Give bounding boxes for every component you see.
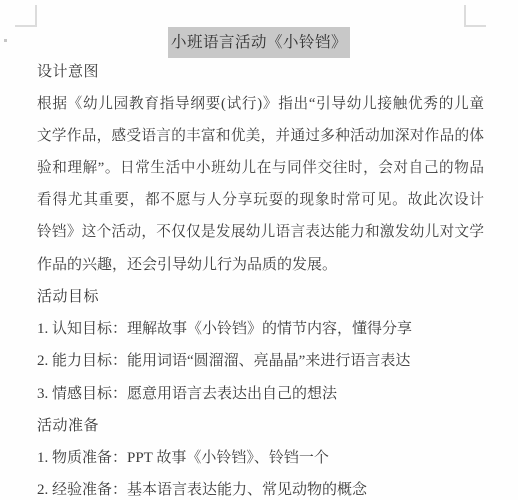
goal-item-emotional[interactable]: 3. 情感目标：愿意用语言去表达出自己的想法	[37, 385, 484, 404]
section-heading-design-intent[interactable]: 设计意图	[37, 63, 484, 82]
section-heading-activity-goals[interactable]: 活动目标	[37, 288, 484, 307]
document-title-text[interactable]: 小班语言活动《小铃铛》	[168, 27, 350, 58]
goal-item-ability[interactable]: 2. 能力目标：能用词语“圆溜溜、亮晶晶”来进行语言表达	[37, 352, 484, 371]
margin-mark-top-left-vertical	[35, 5, 37, 26]
document-page[interactable]: 设计意图 小班语言活动《小铃铛》 设计意图 根据《幼儿园教育指导纲要(试行)》指…	[0, 0, 518, 500]
paragraph-line[interactable]: 验和理解”。日常生活中小班幼儿在与同伴交往时，会对自己的物品	[37, 159, 484, 178]
goal-item-cognitive[interactable]: 1. 认知目标：理解故事《小铃铛》的情节内容，懂得分享	[37, 320, 484, 339]
paragraph-line[interactable]: 作品的兴趣，还会引导幼儿行为品质的发展。	[37, 256, 484, 275]
preparation-item-experience[interactable]: 2. 经验准备：基本语言表达能力、常见动物的概念	[37, 481, 484, 500]
paragraph-line[interactable]: 铃铛》这个活动，不仅仅是发展幼儿语言表达能力和激发幼儿对文学	[37, 223, 484, 242]
paragraph-line[interactable]: 文学作品，感受语言的丰富和优美，并通过多种活动加深对作品的体	[37, 127, 484, 146]
paragraph-line[interactable]: 根据《幼儿园教育指导纲要(试行)》指出“引导幼儿接触优秀的儿童	[37, 95, 484, 114]
section-heading-activity-preparation[interactable]: 活动准备	[37, 417, 484, 436]
document-title-row: 设计意图 小班语言活动《小铃铛》	[0, 27, 518, 58]
margin-mark-top-right-vertical	[464, 5, 466, 26]
preparation-item-material[interactable]: 1. 物质准备：PPT 故事《小铃铛》、铃铛一个	[37, 449, 484, 468]
paragraph-line[interactable]: 看得尤其重要，都不愿与人分享玩耍的现象时常可见。故此次设计《小	[37, 191, 484, 210]
